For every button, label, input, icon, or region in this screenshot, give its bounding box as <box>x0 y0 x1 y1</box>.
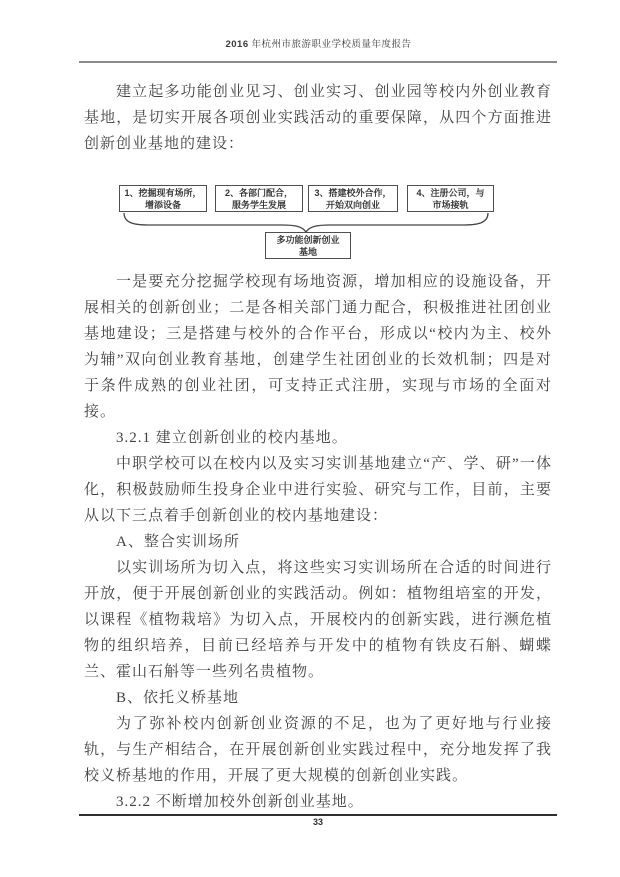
footer-rule <box>79 814 557 816</box>
diagram-box-3-line2: 开始双向创业 <box>309 199 397 211</box>
diagram-box-2-line1: 2、各部门配合， <box>216 187 302 199</box>
paragraph-campus-base: 中职学校可以在校内以及实习实训基地建立“产、学、研”一体化，积极鼓励师生投身企业… <box>84 451 552 529</box>
diagram-box-4-line2: 市场接轨 <box>408 199 493 211</box>
diagram-box-1-line1: 1、挖掘现有场所， <box>120 187 206 199</box>
diagram-box-4-line1: 4、注册公司，与 <box>408 187 493 199</box>
document-page: 2016 年杭州市旅游职业学校质量年度报告 建立起多功能创业见习、创业实习、创业… <box>0 0 620 877</box>
diagram-box-1-line2: 增添设备 <box>120 199 206 211</box>
header-title: 年杭州市旅游职业学校质量年度报告 <box>249 40 412 50</box>
heading-b-yiqiao-base: B、依托义桥基地 <box>84 685 552 711</box>
paragraph-training-sites: 以实训场所为切入点，将这些实习实训场所在合适的时间进行开放，便于开展创新创业的实… <box>84 555 552 685</box>
curly-brace-connector <box>122 213 490 233</box>
diagram-box-1: 1、挖掘现有场所， 增添设备 <box>119 185 207 212</box>
paragraph-four-points: 一是要充分挖掘学校现有场地资源，增加相应的设施设备，开展相关的创新创业；二是各相… <box>84 269 552 425</box>
diagram-result-line2: 基地 <box>266 246 350 258</box>
diagram-box-4: 4、注册公司，与 市场接轨 <box>407 185 494 212</box>
diagram-result-box: 多功能创新创业 基地 <box>265 232 351 259</box>
document-body: 建立起多功能创业见习、创业实习、创业园等校内外创业教育基地，是切实开展各项创业实… <box>84 79 552 815</box>
paragraph-yiqiao-base: 为了弥补校内创新创业资源的不足，也为了更好地与行业接轨，与生产相结合，在开展创新… <box>84 711 552 789</box>
paragraph-intro: 建立起多功能创业见习、创业实习、创业园等校内外创业教育基地，是切实开展各项创业实… <box>84 79 552 157</box>
process-diagram: 1、挖掘现有场所， 增添设备 2、各部门配合， 服务学生发展 3、搭建校外合作，… <box>84 157 552 269</box>
heading-3-2-1: 3.2.1 建立创新创业的校内基地。 <box>84 425 552 451</box>
page-header: 2016 年杭州市旅游职业学校质量年度报告 <box>80 36 557 50</box>
diagram-box-3-line1: 3、搭建校外合作， <box>309 187 397 199</box>
header-rule <box>79 61 557 63</box>
diagram-box-2-line2: 服务学生发展 <box>216 199 302 211</box>
heading-a-training-sites: A、整合实训场所 <box>84 529 552 555</box>
diagram-result-line1: 多功能创新创业 <box>266 234 350 246</box>
heading-3-2-2: 3.2.2 不断增加校外创新创业基地。 <box>84 789 552 815</box>
diagram-box-2: 2、各部门配合， 服务学生发展 <box>215 185 303 212</box>
page-number: 33 <box>79 817 557 827</box>
diagram-box-3: 3、搭建校外合作， 开始双向创业 <box>308 185 398 212</box>
header-year: 2016 <box>225 39 248 50</box>
